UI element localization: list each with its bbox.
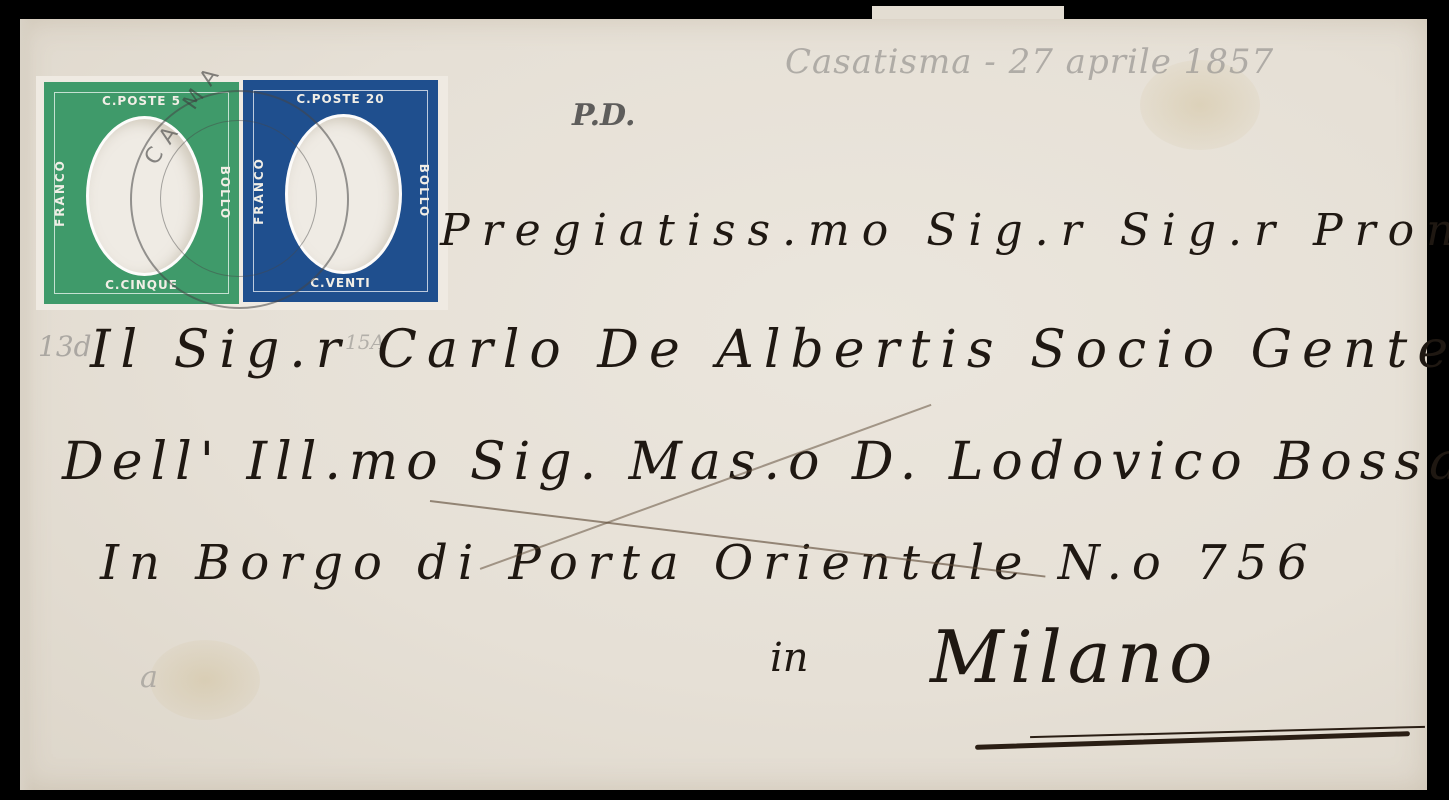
address-line-care-of: Dell' Ill.mo Sig. Mas.o D. Lodovico Boss… xyxy=(62,432,1449,492)
address-line-street: In Borgo di Porta Orientale N.o 756 xyxy=(100,535,1318,591)
paper-fold-edge xyxy=(20,19,34,790)
stamp-right-text: BOLLO xyxy=(416,164,430,218)
stamp-left-text: FRANCO xyxy=(53,159,67,227)
pd-handstamp: P.D. xyxy=(572,98,635,133)
postmark-inner-ring xyxy=(160,120,317,277)
address-line-salutation: Pregiatiss.mo Sig.r Sig.r Pron Colmo xyxy=(440,205,1449,256)
address-city: Milano xyxy=(930,615,1218,699)
address-line-recipient: Il Sig.r Carlo De Albertis Socio Gente xyxy=(90,320,1449,380)
pencil-catalog-number-1: 13d xyxy=(38,330,92,363)
address-in-prefix: in xyxy=(770,635,809,681)
pencil-date-note: Casatisma - 27 aprile 1857 xyxy=(785,42,1274,82)
pencil-bottom-mark: a xyxy=(140,660,158,695)
paper-stain xyxy=(150,640,260,720)
